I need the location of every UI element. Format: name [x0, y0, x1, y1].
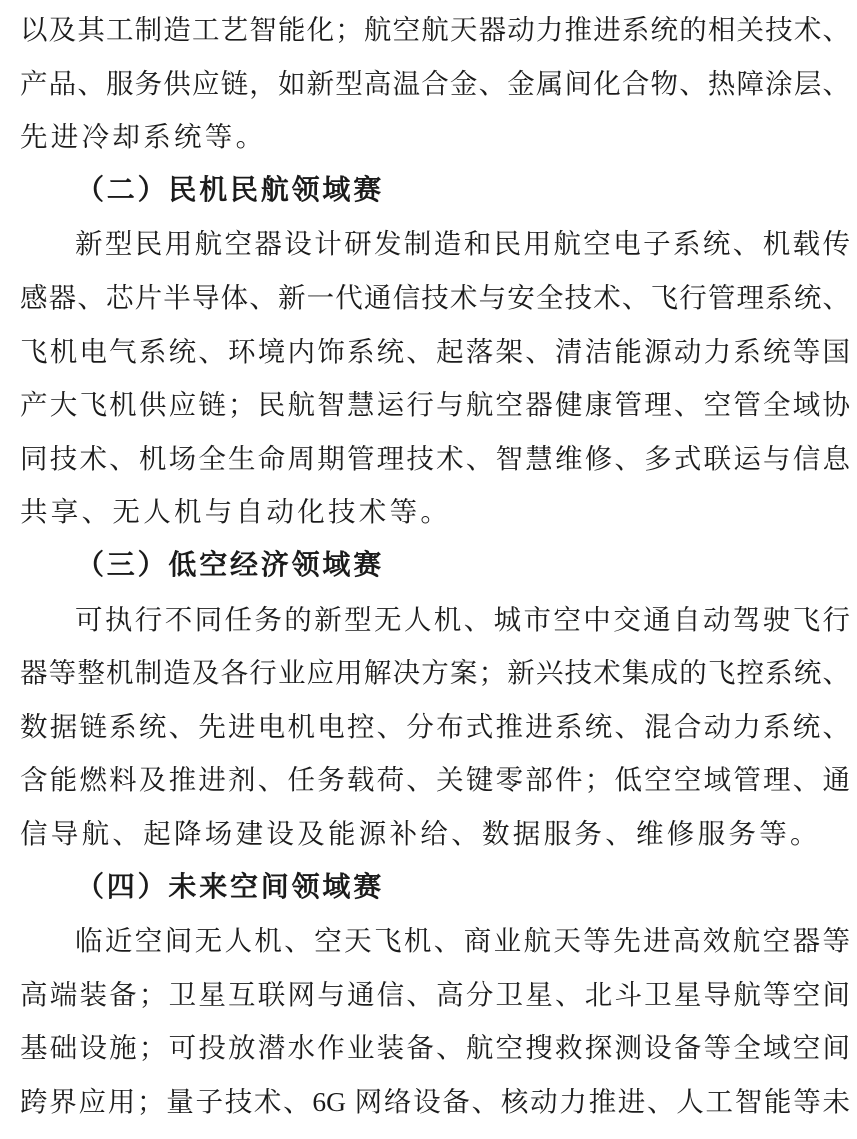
text-line: 新型民用航空器设计研发制造和民用航空电子系统、机载传: [20, 217, 850, 271]
document-page: 以及其工制造工艺智能化；航空航天器动力推进系统的相关技术、产品、服务供应链，如新…: [0, 0, 857, 1139]
section-heading: （三）低空经济领域赛: [20, 539, 850, 593]
text-line: 临近空间无人机、空天飞机、商业航天等先进高效航空器等: [20, 914, 850, 968]
text-line: 产品、服务供应链，如新型高温合金、金属间化合物、热障涂层、: [20, 57, 850, 111]
text-line: 以及其工制造工艺智能化；航空航天器动力推进系统的相关技术、: [20, 3, 850, 57]
text-line: 同技术、机场全生命周期管理技术、智慧维修、多式联运与信息: [20, 432, 850, 486]
text-line: 数据链系统、先进电机电控、分布式推进系统、混合动力系统、: [20, 700, 850, 754]
text-line: 跨界应用；量子技术、6G 网络设备、核动力推进、人工智能等未: [20, 1075, 850, 1129]
text-line: 高端装备；卫星互联网与通信、高分卫星、北斗卫星导航等空间: [20, 968, 850, 1022]
text-line: 信导航、起降场建设及能源补给、数据服务、维修服务等。: [20, 807, 850, 861]
text-line: 先进冷却系统等。: [20, 110, 850, 164]
text-line: 共享、无人机与自动化技术等。: [20, 485, 850, 539]
text-line: 产大飞机供应链；民航智慧运行与航空器健康管理、空管全域协: [20, 378, 850, 432]
section-heading: （二）民机民航领域赛: [20, 164, 850, 218]
document-text-column: 以及其工制造工艺智能化；航空航天器动力推进系统的相关技术、产品、服务供应链，如新…: [20, 3, 850, 1128]
text-line: 可执行不同任务的新型无人机、城市空中交通自动驾驶飞行: [20, 593, 850, 647]
text-line: 飞机电气系统、环境内饰系统、起落架、清洁能源动力系统等国: [20, 325, 850, 379]
text-line: 含能燃料及推进剂、任务载荷、关键零部件；低空空域管理、通: [20, 753, 850, 807]
text-line: 感器、芯片半导体、新一代通信技术与安全技术、飞行管理系统、: [20, 271, 850, 325]
text-line: 器等整机制造及各行业应用解决方案；新兴技术集成的飞控系统、: [20, 646, 850, 700]
text-line: 基础设施；可投放潜水作业装备、航空搜救探测设备等全域空间: [20, 1021, 850, 1075]
section-heading: （四）未来空间领域赛: [20, 861, 850, 915]
